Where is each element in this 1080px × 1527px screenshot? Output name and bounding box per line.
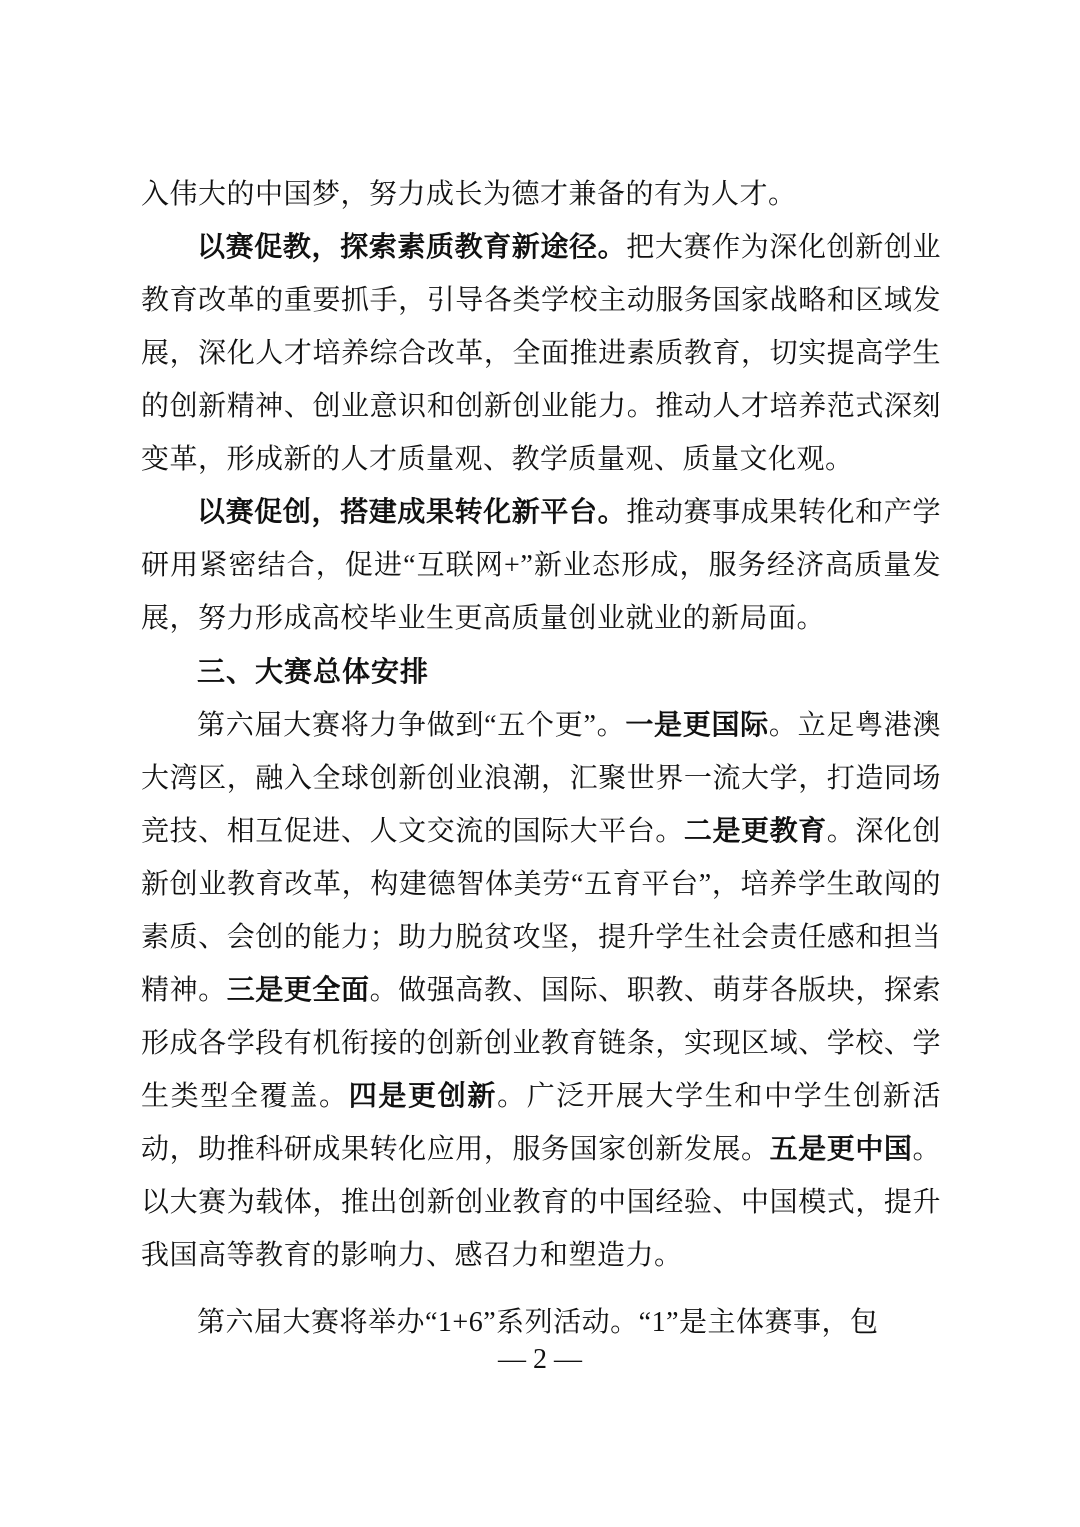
bold-lead-text: 以赛促教，探索素质教育新途径。 [197, 232, 626, 263]
bold-lead-text: 五是更中国 [770, 1134, 913, 1165]
paragraph: 入伟大的中国梦，努力成长为德才兼备的有为人才。 [141, 168, 941, 221]
bold-lead-text: 三、大赛总体安排 [197, 656, 429, 687]
document-page: 入伟大的中国梦，努力成长为德才兼备的有为人才。以赛促教，探索素质教育新途径。把大… [0, 0, 1080, 1527]
body-text: 第六届大赛将举办“1+6”系列活动。“1”是主体赛事，包 [197, 1307, 879, 1338]
bold-lead-text: 四是更创新 [349, 1081, 497, 1112]
bold-lead-text: 三是更全面 [227, 975, 370, 1006]
paragraph: 第六届大赛将力争做到“五个更”。一是更国际。立足粤港澳大湾区，融入全球创新创业浪… [141, 699, 941, 1282]
paragraph: 以赛促创，搭建成果转化新平台。推动赛事成果转化和产学研用紧密结合，促进“互联网+… [141, 486, 941, 645]
body-text: 入伟大的中国梦，努力成长为德才兼备的有为人才。 [141, 179, 797, 210]
document-body: 入伟大的中国梦，努力成长为德才兼备的有为人才。以赛促教，探索素质教育新途径。把大… [141, 168, 941, 1349]
section-heading: 三、大赛总体安排 [141, 645, 941, 699]
bold-lead-text: 一是更国际 [625, 710, 769, 741]
body-text: 第六届大赛将力争做到“五个更”。 [197, 710, 625, 741]
paragraph: 以赛促教，探索素质教育新途径。把大赛作为深化创新创业教育改革的重要抓手，引导各类… [141, 221, 941, 486]
body-text: 把大赛作为深化创新创业教育改革的重要抓手，引导各类学校主动服务国家战略和区域发展… [141, 232, 941, 475]
page-footer: — 2 — [0, 1338, 1080, 1382]
bold-lead-text: 以赛促创，搭建成果转化新平台。 [197, 497, 626, 528]
bold-lead-text: 二是更教育 [684, 816, 827, 847]
page-number: — 2 — [498, 1344, 582, 1375]
